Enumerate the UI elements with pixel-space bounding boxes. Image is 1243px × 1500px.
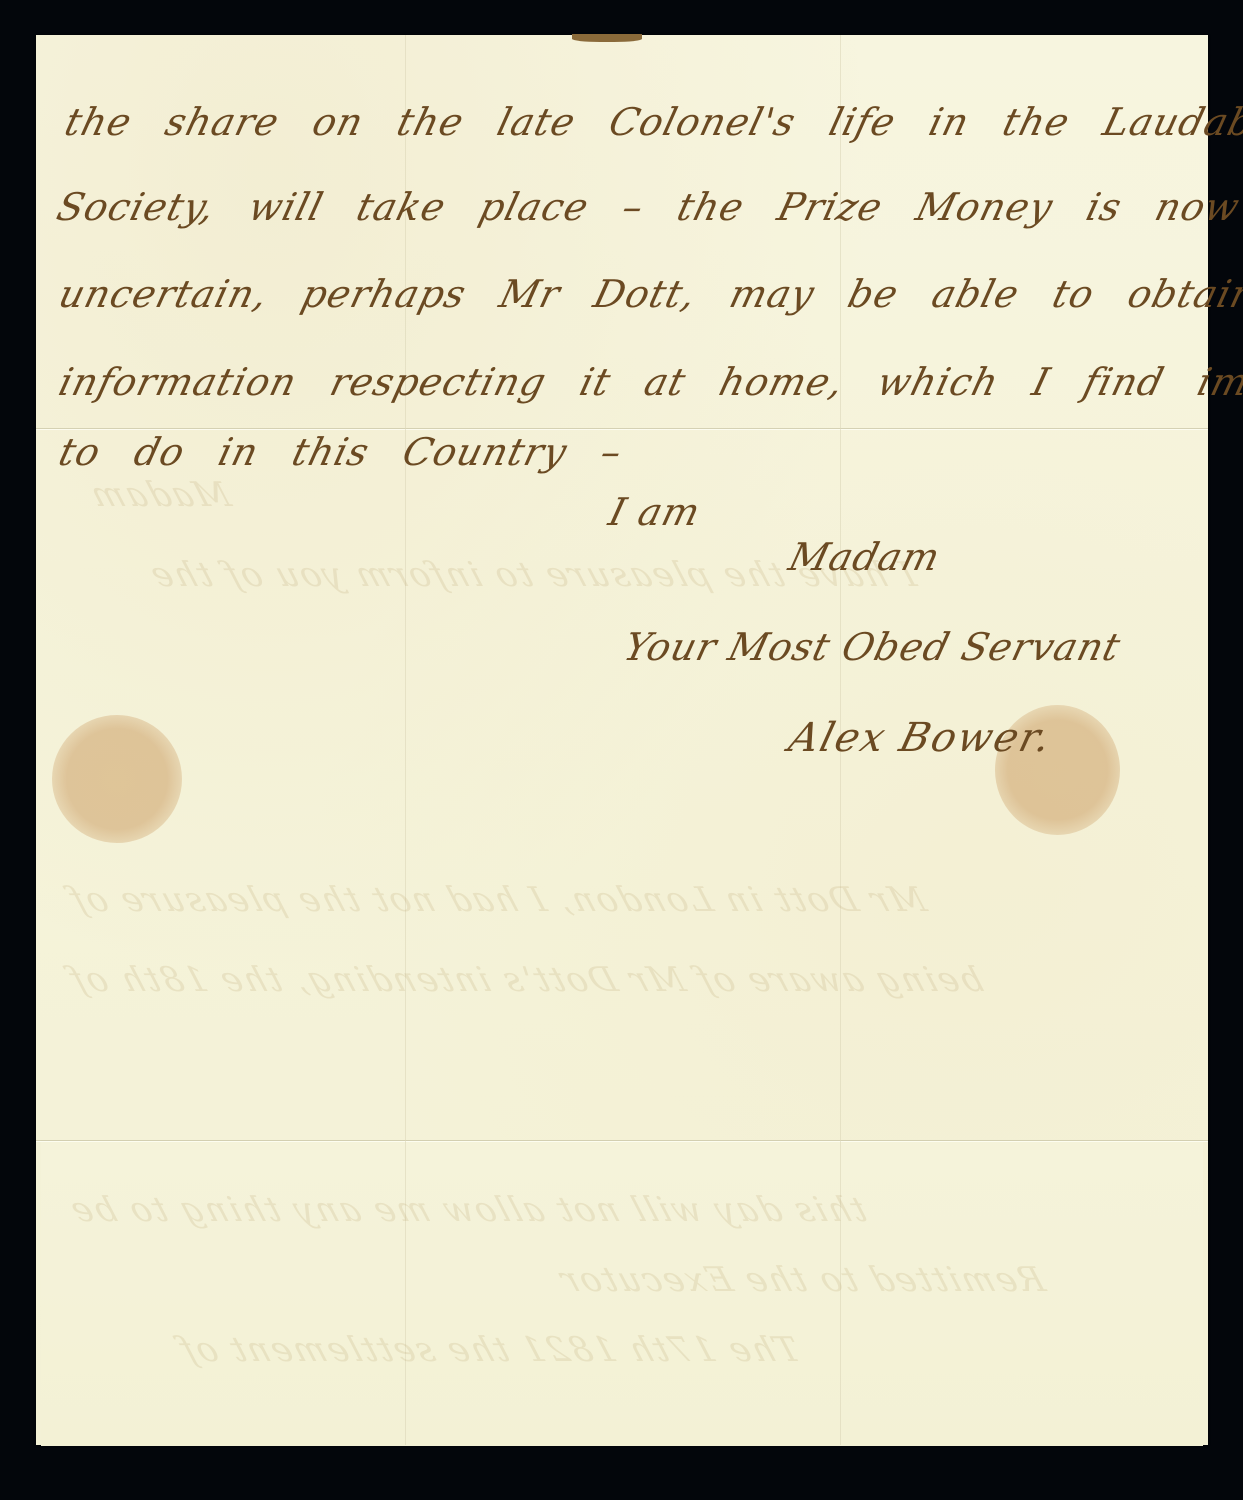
fold-crease-vertical-left [405,35,406,1445]
closing-servant-line: Your Most Obed Servant [620,625,1126,669]
closing-salutation-madam: Madam [785,535,946,579]
bleed-through-line: this day will not allow me any thing to … [64,1190,873,1230]
bleed-through-line: The 17th 1821 the settlement of [174,1330,806,1370]
fold-crease-horizontal-lower [36,1140,1208,1141]
letter-line-1: the share on the late Colonel's life in … [61,100,1243,144]
signature: Alex Bower. [784,715,1057,761]
letter-line-3: uncertain, perhaps Mr Dott, may be able … [55,272,1243,316]
closing-i-am: I am [605,490,706,534]
scanned-letter-page: Madam I have the pleasure to inform you … [0,0,1243,1500]
bleed-through-line: Madam [84,475,236,515]
letter-line-2: Society, will take place – the Prize Mon… [53,185,1243,229]
bleed-through-line: Mr Dott in London, I had not the pleasur… [64,880,932,920]
seal-tear-mark [572,34,642,42]
letter-line-5: to do in this Country – [55,430,628,474]
bleed-through-line: Remitted to the Executor [554,1260,1051,1300]
bleed-through-line: being aware of Mr Dott's intending, the … [64,960,989,1000]
wax-seal-stain-left [52,715,182,843]
letter-line-4: information respecting it at home, which… [55,360,1243,404]
fold-crease-horizontal-upper [36,428,1208,429]
